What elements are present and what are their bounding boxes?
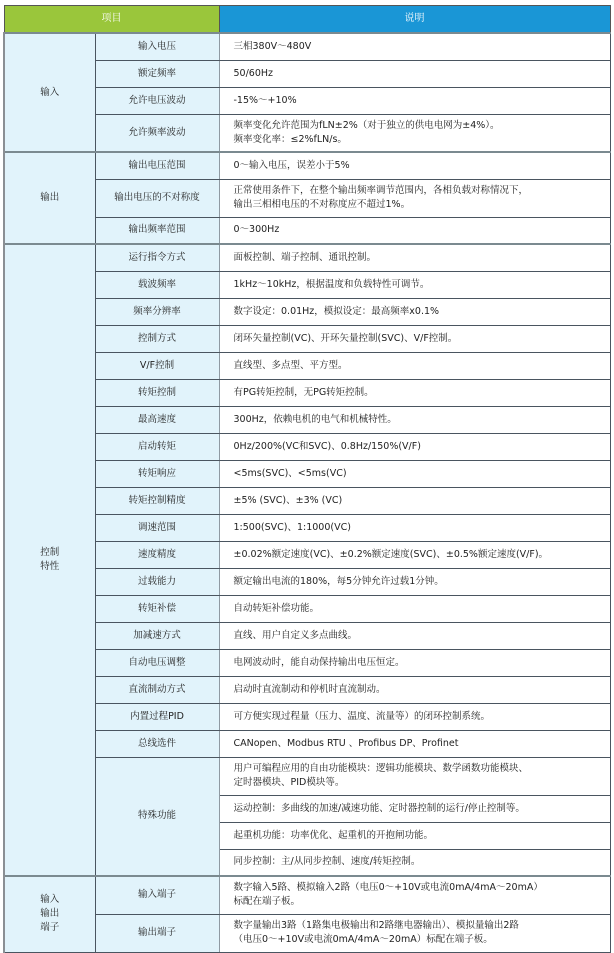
spec-table: 项目 说明 输入 输入电压 三相380V～480V 额定频率 50/60Hz 允… xyxy=(3,5,611,846)
table-row: 加减速方式 直线、用户自定义多点曲线。 xyxy=(4,622,610,649)
item-description: 用户可编程应用的自由功能模块：逻辑功能模块、数学函数功能模块、定时器模块、PID… xyxy=(219,757,610,795)
item-description: 运动控制：多曲线的加速/减速功能、定时器控制的运行/停止控制等。 xyxy=(219,795,610,822)
table-row: 最高速度 300Hz，依赖电机的电气和机械特性。 xyxy=(4,406,610,433)
item-description: 额定输出电流的180%，每5分钟允许过载1分钟。 xyxy=(219,568,610,595)
item-name: 最高速度 xyxy=(95,406,219,433)
item-description: ±5% (SVC)、±3% (VC) xyxy=(219,487,610,514)
item-name: 过载能力 xyxy=(95,568,219,595)
item-name: 自动电压调整 xyxy=(95,649,219,676)
table-row: 输入 输入电压 三相380V～480V xyxy=(4,33,610,60)
table-row: 总线选件 CANopen、Modbus RTU 、Profibus DP、Pro… xyxy=(4,730,610,757)
table-row: 转矩控制精度 ±5% (SVC)、±3% (VC) xyxy=(4,487,610,514)
item-name: 转矩控制 xyxy=(95,379,219,406)
item-description: 三相380V～480V xyxy=(219,33,610,60)
item-description: 0～300Hz xyxy=(219,217,610,244)
item-name: 加减速方式 xyxy=(95,622,219,649)
item-description: 0～输入电压，误差小于5% xyxy=(219,152,610,179)
item-name: 载波频率 xyxy=(95,271,219,298)
item-name: 调速范围 xyxy=(95,514,219,541)
item-name: 频率分辨率 xyxy=(95,298,219,325)
table-row: 载波频率 1kHz～10kHz，根据温度和负载特性可调节。 xyxy=(4,271,610,298)
item-description: 1kHz～10kHz，根据温度和负载特性可调节。 xyxy=(219,271,610,298)
table-row: V/F控制 直线型、多点型、平方型。 xyxy=(4,352,610,379)
item-name: 输出电压的不对称度 xyxy=(95,179,219,217)
item-name: 控制方式 xyxy=(95,325,219,352)
item-description: 启动时直流制动和停机时直流制动。 xyxy=(219,676,610,703)
item-description: <5ms(SVC)、<5ms(VC) xyxy=(219,460,610,487)
item-description: 50/60Hz xyxy=(219,60,610,87)
item-description: 直线型、多点型、平方型。 xyxy=(219,352,610,379)
item-description: 闭环矢量控制(VC)、开环矢量控制(SVC)、V/F控制。 xyxy=(219,325,610,352)
table-header: 项目 说明 xyxy=(4,6,610,34)
table-row: 输出电压的不对称度 正常使用条件下，在整个输出频率调节范围内，各相负载对称情况下… xyxy=(4,179,610,217)
table-row: 转矩响应 <5ms(SVC)、<5ms(VC) xyxy=(4,460,610,487)
table-row: 转矩控制 有PG转矩控制，无PG转矩控制。 xyxy=(4,379,610,406)
category-input: 输入 xyxy=(4,33,95,152)
table-row: 频率分辨率 数字设定：0.01Hz，模拟设定：最高频率x0.1% xyxy=(4,298,610,325)
table-row: 允许频率波动 频率变化允许范围为fLN±2%（对于独立的供电电网为±4%）。频率… xyxy=(4,114,610,152)
item-name: 允许频率波动 xyxy=(95,114,219,152)
item-name: 运行指令方式 xyxy=(95,244,219,271)
item-name: 转矩控制精度 xyxy=(95,487,219,514)
item-description: 1:500(SVC)、1:1000(VC) xyxy=(219,514,610,541)
item-description: ±0.02%额定速度(VC)、±0.2%额定速度(SVC)、±0.5%额定速度(… xyxy=(219,541,610,568)
table-row: 过载能力 额定输出电流的180%，每5分钟允许过载1分钟。 xyxy=(4,568,610,595)
item-name: 直流制动方式 xyxy=(95,676,219,703)
item-name: 内置过程PID xyxy=(95,703,219,730)
item-name: V/F控制 xyxy=(95,352,219,379)
table-row: 特殊功能 用户可编程应用的自由功能模块：逻辑功能模块、数学函数功能模块、定时器模… xyxy=(4,757,610,795)
table-row: 额定频率 50/60Hz xyxy=(4,60,610,87)
item-name: 转矩补偿 xyxy=(95,595,219,622)
item-description: 正常使用条件下，在整个输出频率调节范围内，各相负载对称情况下，输出三相相电压的不… xyxy=(219,179,610,217)
table-row: 控制方式 闭环矢量控制(VC)、开环矢量控制(SVC)、V/F控制。 xyxy=(4,325,610,352)
item-name: 额定频率 xyxy=(95,60,219,87)
table-row: 控制特性 运行指令方式 面板控制、端子控制、通讯控制。 xyxy=(4,244,610,271)
item-description: 面板控制、端子控制、通讯控制。 xyxy=(219,244,610,271)
table-row: 启动转矩 0Hz/200%(VC和SVC)、0.8Hz/150%(V/F) xyxy=(4,433,610,460)
table-row: 输出频率范围 0～300Hz xyxy=(4,217,610,244)
item-description: 0Hz/200%(VC和SVC)、0.8Hz/150%(V/F) xyxy=(219,433,610,460)
item-description: 自动转矩补偿功能。 xyxy=(219,595,610,622)
table-row: 内置过程PID 可方便实现过程量（压力、温度、流量等）的闭环控制系统。 xyxy=(4,703,610,730)
item-description: 起重机功能：功率优化、起重机的开抱闸功能。 xyxy=(219,822,610,846)
item-description: -15%～+10% xyxy=(219,87,610,114)
item-description: 频率变化允许范围为fLN±2%（对于独立的供电电网为±4%）。频率变化率：≤2%… xyxy=(219,114,610,152)
item-name: 转矩响应 xyxy=(95,460,219,487)
category-output: 输出 xyxy=(4,152,95,244)
item-description: 300Hz，依赖电机的电气和机械特性。 xyxy=(219,406,610,433)
item-description: 数字设定：0.01Hz，模拟设定：最高频率x0.1% xyxy=(219,298,610,325)
table-row: 直流制动方式 启动时直流制动和停机时直流制动。 xyxy=(4,676,610,703)
item-name: 输出电压范围 xyxy=(95,152,219,179)
category-control: 控制特性 xyxy=(4,244,95,846)
item-name: 启动转矩 xyxy=(95,433,219,460)
table-row: 调速范围 1:500(SVC)、1:1000(VC) xyxy=(4,514,610,541)
item-name-special: 特殊功能 xyxy=(95,757,219,846)
item-description: 可方便实现过程量（压力、温度、流量等）的闭环控制系统。 xyxy=(219,703,610,730)
table-row: 自动电压调整 电网波动时，能自动保持输出电压恒定。 xyxy=(4,649,610,676)
item-name: 总线选件 xyxy=(95,730,219,757)
table-row: 转矩补偿 自动转矩补偿功能。 xyxy=(4,595,610,622)
header-item: 项目 xyxy=(4,6,219,34)
header-description: 说明 xyxy=(219,6,610,34)
table-row: 输出 输出电压范围 0～输入电压，误差小于5% xyxy=(4,152,610,179)
item-name: 输入电压 xyxy=(95,33,219,60)
item-description: CANopen、Modbus RTU 、Profibus DP、Profinet xyxy=(219,730,610,757)
item-description: 有PG转矩控制，无PG转矩控制。 xyxy=(219,379,610,406)
item-name: 允许电压波动 xyxy=(95,87,219,114)
item-name: 输出频率范围 xyxy=(95,217,219,244)
item-description: 直线、用户自定义多点曲线。 xyxy=(219,622,610,649)
item-name: 速度精度 xyxy=(95,541,219,568)
table-row: 速度精度 ±0.02%额定速度(VC)、±0.2%额定速度(SVC)、±0.5%… xyxy=(4,541,610,568)
table-row: 允许电压波动 -15%～+10% xyxy=(4,87,610,114)
item-description: 电网波动时，能自动保持输出电压恒定。 xyxy=(219,649,610,676)
